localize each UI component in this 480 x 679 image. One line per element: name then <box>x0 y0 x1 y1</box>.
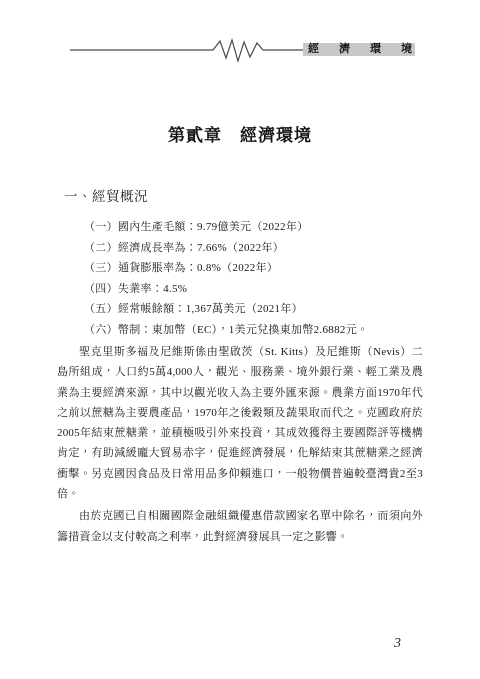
list-item: （三）通貨膨脹率為：0.8%（2022年） <box>84 258 430 279</box>
paragraph: 由於克國已自相關國際金融組織優惠借款國家名單中除名，而須向外籌措資金以支付較高之… <box>57 506 423 547</box>
list-item: （一）國內生產毛額：9.79億美元（2022年） <box>84 217 430 238</box>
stat-list: （一）國內生產毛額：9.79億美元（2022年） （二）經濟成長率為：7.66%… <box>84 217 430 340</box>
paragraph: 聖克里斯多福及尼維斯係由聖啟茨（St. Kitts）及尼維斯（Nevis）二島所… <box>57 342 423 504</box>
section-heading: 一、經貿概況 <box>64 185 148 205</box>
heartbeat-rule-icon <box>0 35 310 65</box>
document-page: 經濟環境 第貳章 經濟環境 一、經貿概況 （一）國內生產毛額：9.79億美元（2… <box>0 0 480 679</box>
body-text: 聖克里斯多福及尼維斯係由聖啟茨（St. Kitts）及尼維斯（Nevis）二島所… <box>57 342 423 549</box>
page-number: 3 <box>394 636 401 652</box>
header-title-bar: 經濟環境 <box>303 43 415 56</box>
list-item: （四）失業率：4.5% <box>84 279 430 300</box>
list-item: （二）經濟成長率為：7.66%（2022年） <box>84 238 430 259</box>
list-item: （六）幣制：東加幣（EC），1美元兌換東加幣2.6882元。 <box>84 320 430 341</box>
header-title: 經濟環境 <box>303 43 415 56</box>
chapter-title: 第貳章 經濟環境 <box>0 121 480 146</box>
list-item: （五）經常帳餘額：1,367萬美元（2021年） <box>84 299 430 320</box>
